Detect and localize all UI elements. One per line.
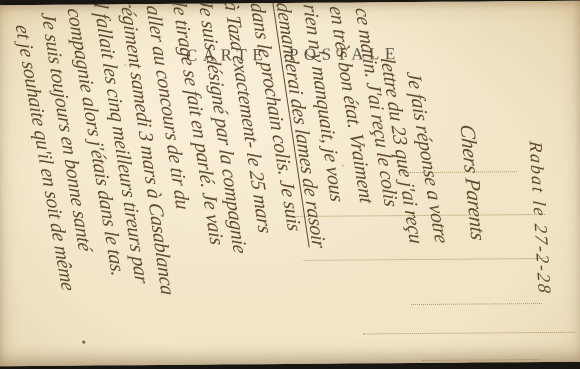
address-line [411, 303, 542, 305]
salutation-text: Chers Parents [457, 124, 488, 241]
postcard-back: CARTE POSTALE Chers Parents Rabat le 27-… [0, 1, 580, 367]
dateline-text: Rabat le 27-2-28 [526, 140, 555, 295]
ink-speck [82, 341, 85, 344]
handwritten-message: Je fais réponse a votrelettre du 23 que … [0, 1, 580, 6]
postcard-photo-frame: CARTE POSTALE Chers Parents Rabat le 27-… [0, 0, 580, 369]
address-line [422, 359, 540, 361]
address-line [304, 258, 545, 261]
address-line [363, 332, 575, 335]
ink-speck [124, 64, 126, 66]
ink-speck [342, 165, 344, 167]
